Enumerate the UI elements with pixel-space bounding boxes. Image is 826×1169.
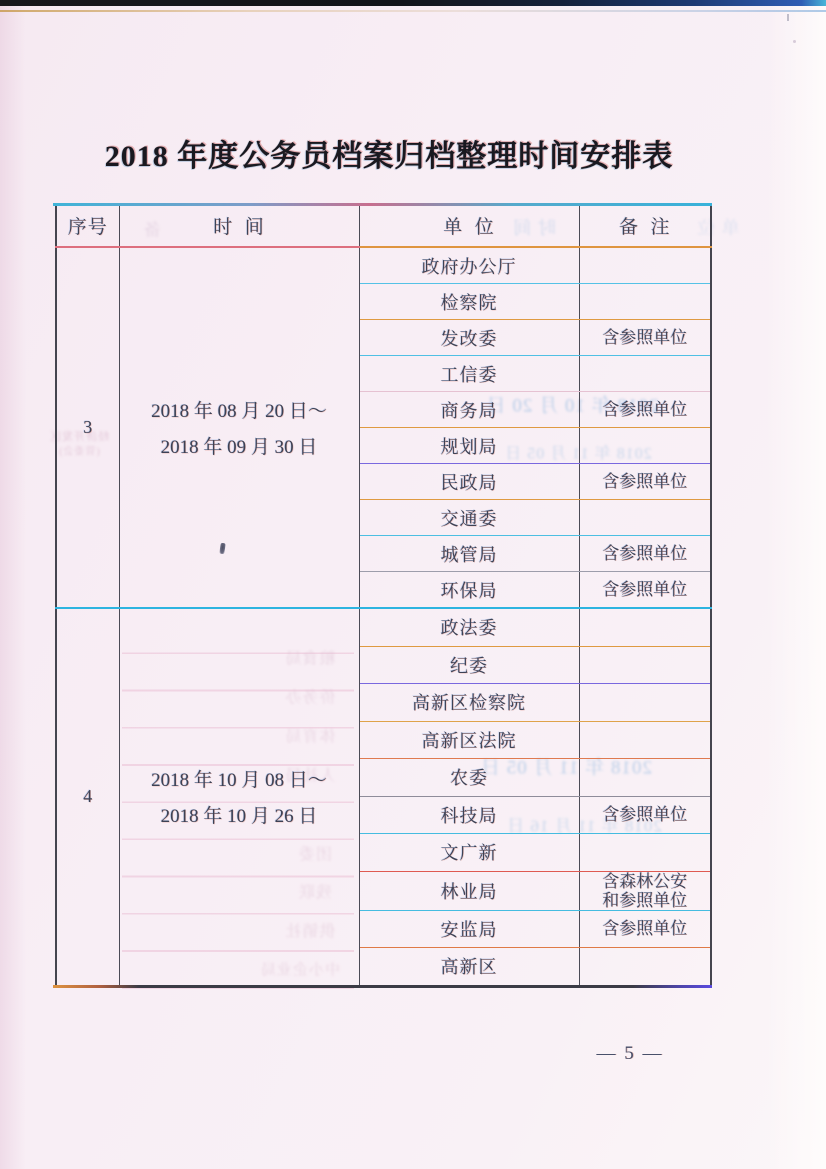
- unit-cell: 环保局: [359, 572, 579, 609]
- remark-line: 含参照单位: [580, 472, 711, 491]
- remark-cell: [579, 500, 711, 536]
- scan-speck: [787, 14, 789, 21]
- header-row: 序号 时 间 单 位 备 注: [56, 205, 711, 247]
- unit-cell: 文广新: [359, 834, 579, 872]
- unit-cell: 安监局: [359, 910, 579, 948]
- remark-line: 含参照单位: [580, 544, 711, 563]
- table-body: 32018 年 08 月 20 日～2018 年 09 月 30 日政府办公厅检…: [56, 247, 711, 986]
- remark-cell: [579, 721, 711, 759]
- remark-cell: [579, 684, 711, 722]
- header-seq: 序号: [56, 205, 119, 247]
- remark-line: 含参照单位: [580, 805, 711, 824]
- header-time: 时 间: [119, 205, 359, 247]
- remark-cell: 含参照单位: [579, 464, 711, 500]
- remark-line: 含参照单位: [580, 400, 711, 419]
- remark-cell: 含参照单位: [579, 536, 711, 572]
- time-line: 2018 年 10 月 08 日～: [120, 765, 359, 792]
- seq-cell: 4: [56, 608, 119, 986]
- remark-cell: 含参照单位: [579, 796, 711, 834]
- remark-line: 含参照单位: [580, 328, 711, 347]
- page-number: — 5 —: [570, 1043, 690, 1065]
- unit-cell: 纪委: [359, 646, 579, 684]
- remark-line: 和参照单位: [580, 891, 711, 910]
- remark-cell: 含参照单位: [579, 910, 711, 948]
- unit-cell: 规划局: [359, 428, 579, 464]
- unit-cell: 政府办公厅: [359, 247, 579, 284]
- schedule-table: 序号 时 间 单 位 备 注 32018 年 08 月 20 日～2018 年 …: [55, 205, 712, 987]
- remark-line: 含参照单位: [580, 919, 711, 938]
- unit-cell: 检察院: [359, 284, 579, 320]
- scan-top-edge: [0, 0, 826, 6]
- time-line: 2018 年 08 月 20 日～: [120, 396, 359, 423]
- remark-cell: [579, 428, 711, 464]
- remark-cell: [579, 608, 711, 646]
- scan-top-artifact-line: [0, 10, 826, 12]
- remark-cell: [579, 284, 711, 320]
- table-row: 42018 年 10 月 08 日～2018 年 10 月 26 日政法委: [56, 608, 711, 646]
- remark-line: 含森林公安: [580, 872, 711, 891]
- scan-speck: [793, 40, 796, 43]
- time-line: 2018 年 10 月 26 日: [120, 801, 359, 828]
- header-unit: 单 位: [359, 205, 579, 247]
- unit-cell: 林业局: [359, 871, 579, 910]
- remark-cell: [579, 759, 711, 797]
- page-left-tint: [0, 0, 26, 1169]
- page-title: 2018 年度公务员档案归档整理时间安排表: [0, 131, 778, 175]
- unit-cell: 政法委: [359, 608, 579, 646]
- table-row: 32018 年 08 月 20 日～2018 年 09 月 30 日政府办公厅: [56, 247, 711, 284]
- time-cell: 2018 年 10 月 08 日～2018 年 10 月 26 日: [119, 608, 359, 986]
- schedule-table-wrap: 序号 时 间 单 位 备 注 32018 年 08 月 20 日～2018 年 …: [55, 205, 710, 987]
- seq-cell: 3: [56, 247, 119, 608]
- scanned-document-page: 备时 间单 位2018 年 10 月 20 日2018 年 11 月 05 日经…: [0, 0, 826, 1169]
- unit-cell: 高新区法院: [359, 721, 579, 759]
- unit-cell: 高新区检察院: [359, 684, 579, 722]
- unit-cell: 民政局: [359, 464, 579, 500]
- unit-cell: 商务局: [359, 392, 579, 428]
- unit-cell: 高新区: [359, 948, 579, 986]
- time-line: 2018 年 09 月 30 日: [120, 432, 359, 459]
- unit-cell: 发改委: [359, 320, 579, 356]
- remark-cell: 含参照单位: [579, 392, 711, 428]
- remark-cell: 含参照单位: [579, 320, 711, 356]
- remark-cell: [579, 948, 711, 986]
- remark-cell: 含参照单位: [579, 572, 711, 609]
- header-remark: 备 注: [579, 205, 711, 247]
- unit-cell: 工信委: [359, 356, 579, 392]
- time-cell: 2018 年 08 月 20 日～2018 年 09 月 30 日: [119, 247, 359, 608]
- unit-cell: 农委: [359, 759, 579, 797]
- unit-cell: 交通委: [359, 500, 579, 536]
- remark-line: 含参照单位: [580, 580, 711, 599]
- remark-cell: 含森林公安和参照单位: [579, 871, 711, 910]
- remark-cell: [579, 646, 711, 684]
- remark-cell: [579, 834, 711, 872]
- remark-cell: [579, 247, 711, 284]
- unit-cell: 科技局: [359, 796, 579, 834]
- page-right-tint: [766, 0, 826, 1169]
- remark-cell: [579, 356, 711, 392]
- unit-cell: 城管局: [359, 536, 579, 572]
